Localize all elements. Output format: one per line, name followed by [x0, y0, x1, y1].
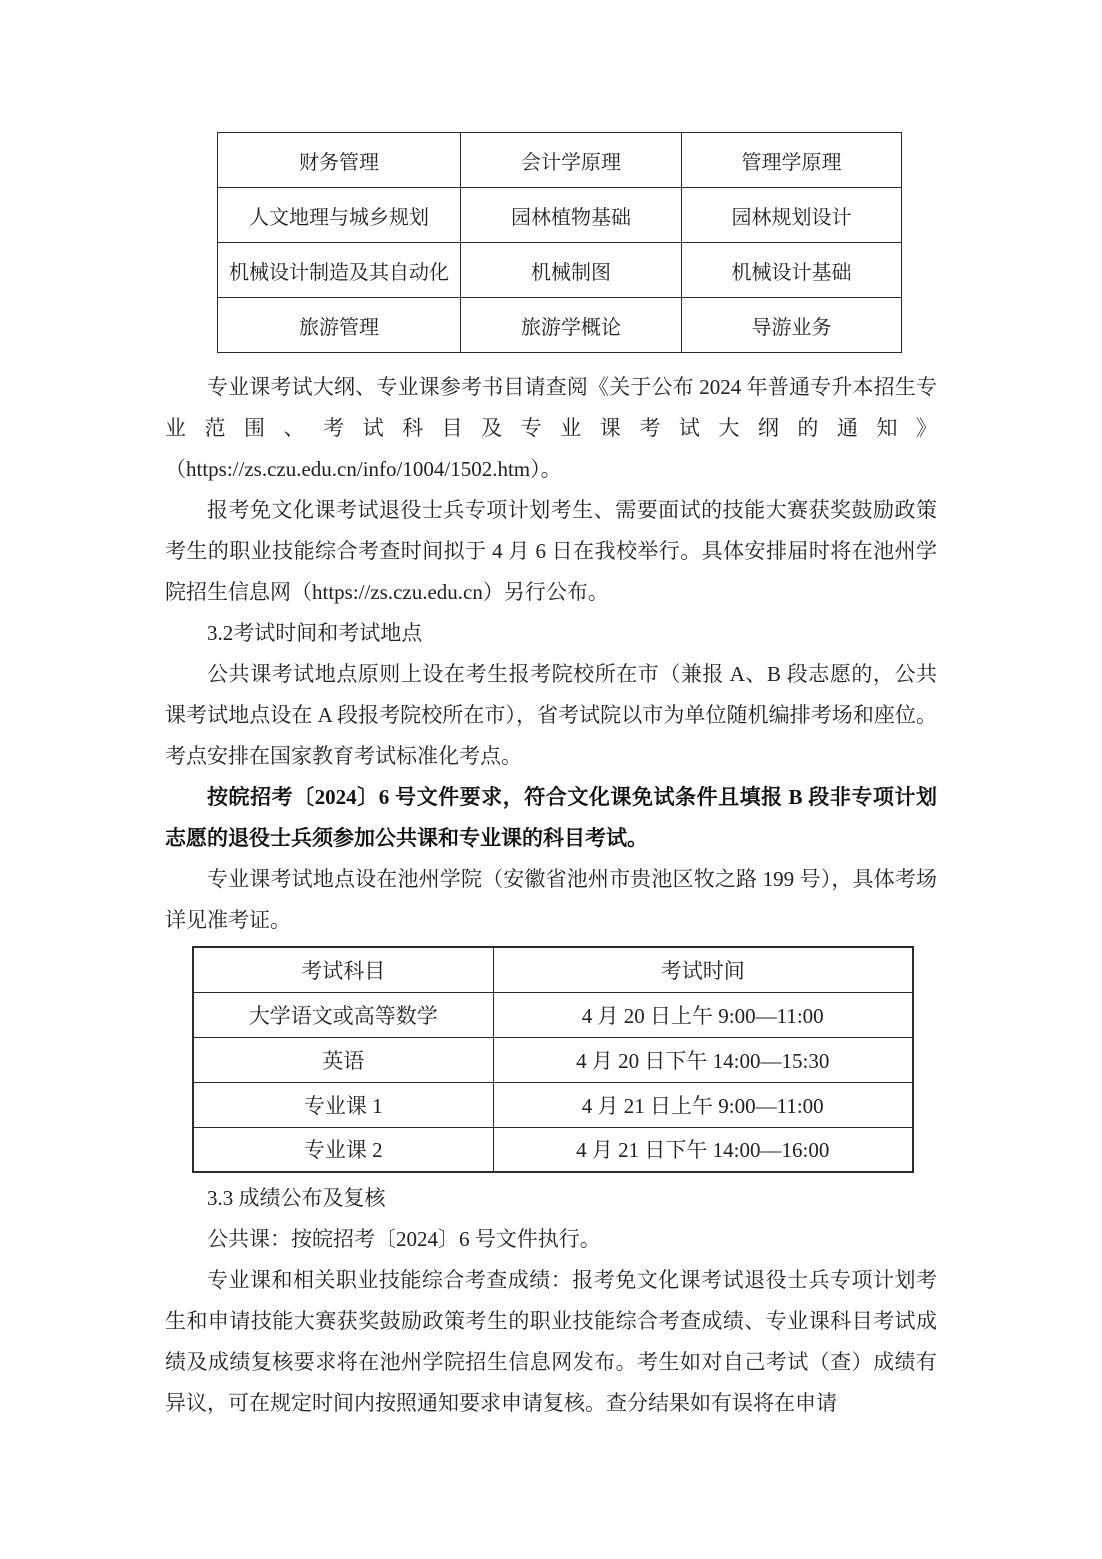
column-header-time: 考试时间: [493, 947, 913, 992]
section-heading-3-3: 3.3 成绩公布及复核: [165, 1178, 937, 1219]
table-row: 财务管理 会计学原理 管理学原理: [218, 133, 902, 188]
course-subjects-table: 财务管理 会计学原理 管理学原理 人文地理与城乡规划 园林植物基础 园林规划设计…: [217, 132, 902, 353]
table-cell-subject: 机械制图: [461, 243, 682, 298]
section-heading-3-2: 3.2考试时间和考试地点: [165, 613, 937, 654]
table-cell-major: 机械设计制造及其自动化: [218, 243, 461, 298]
table-cell-subject: 旅游学概论: [461, 298, 682, 353]
table-cell-major: 人文地理与城乡规划: [218, 188, 461, 243]
table-cell-subject: 专业课 2: [193, 1127, 493, 1172]
table-row: 专业课 2 4 月 21 日下午 14:00—16:00: [193, 1127, 913, 1172]
table-cell-subject: 专业课 1: [193, 1082, 493, 1127]
table-header-row: 考试科目 考试时间: [193, 947, 913, 992]
table-cell-subject: 园林植物基础: [461, 188, 682, 243]
table-cell-time: 4 月 20 日下午 14:00—15:30: [493, 1037, 913, 1082]
table-cell-subject: 大学语文或高等数学: [193, 992, 493, 1037]
table-cell-subject: 导游业务: [682, 298, 902, 353]
exam-schedule-table: 考试科目 考试时间 大学语文或高等数学 4 月 20 日上午 9:00—11:0…: [192, 946, 914, 1173]
table-cell-subject: 机械设计基础: [682, 243, 902, 298]
table-cell-major: 旅游管理: [218, 298, 461, 353]
paragraph-public-score-rule: 公共课：按皖招考〔2024〕6 号文件执行。: [165, 1219, 937, 1260]
table-row: 英语 4 月 20 日下午 14:00—15:30: [193, 1037, 913, 1082]
paragraph-skill-test-date: 报考免文化课考试退役士兵专项计划考生、需要面试的技能大赛获奖鼓励政策考生的职业技…: [165, 490, 937, 613]
paragraph-bold-requirement: 按皖招考〔2024〕6 号文件要求，符合文化课免试条件且填报 B 段非专项计划志…: [165, 777, 937, 859]
table-row: 专业课 1 4 月 21 日上午 9:00—11:00: [193, 1082, 913, 1127]
paragraph-public-exam-location: 公共课考试地点原则上设在考生报考院校所在市（兼报 A、B 段志愿的，公共课考试地…: [165, 654, 937, 777]
table-row: 机械设计制造及其自动化 机械制图 机械设计基础: [218, 243, 902, 298]
table-cell-subject: 管理学原理: [682, 133, 902, 188]
table-cell-time: 4 月 21 日上午 9:00—11:00: [493, 1082, 913, 1127]
paragraph-major-exam-location: 专业课考试地点设在池州学院（安徽省池州市贵池区牧之路 199 号），具体考场详见…: [165, 859, 937, 941]
table-cell-time: 4 月 20 日上午 9:00—11:00: [493, 992, 913, 1037]
document-page: 财务管理 会计学原理 管理学原理 人文地理与城乡规划 园林植物基础 园林规划设计…: [0, 0, 1102, 1559]
table-cell-time: 4 月 21 日下午 14:00—16:00: [493, 1127, 913, 1172]
table-row: 大学语文或高等数学 4 月 20 日上午 9:00—11:00: [193, 992, 913, 1037]
paragraph-score-review: 专业课和相关职业技能综合考查成绩：报考免文化课考试退役士兵专项计划考生和申请技能…: [165, 1260, 937, 1424]
paragraph-exam-syllabus: 专业课考试大纲、专业课参考书目请查阅《关于公布 2024 年普通专升本招生专业范…: [165, 367, 937, 490]
table-cell-subject: 英语: [193, 1037, 493, 1082]
document-body: 专业课考试大纲、专业课参考书目请查阅《关于公布 2024 年普通专升本招生专业范…: [165, 367, 937, 1424]
table-row: 旅游管理 旅游学概论 导游业务: [218, 298, 902, 353]
table-row: 人文地理与城乡规划 园林植物基础 园林规划设计: [218, 188, 902, 243]
table-cell-major: 财务管理: [218, 133, 461, 188]
table-cell-subject: 园林规划设计: [682, 188, 902, 243]
column-header-subject: 考试科目: [193, 947, 493, 992]
table-cell-subject: 会计学原理: [461, 133, 682, 188]
